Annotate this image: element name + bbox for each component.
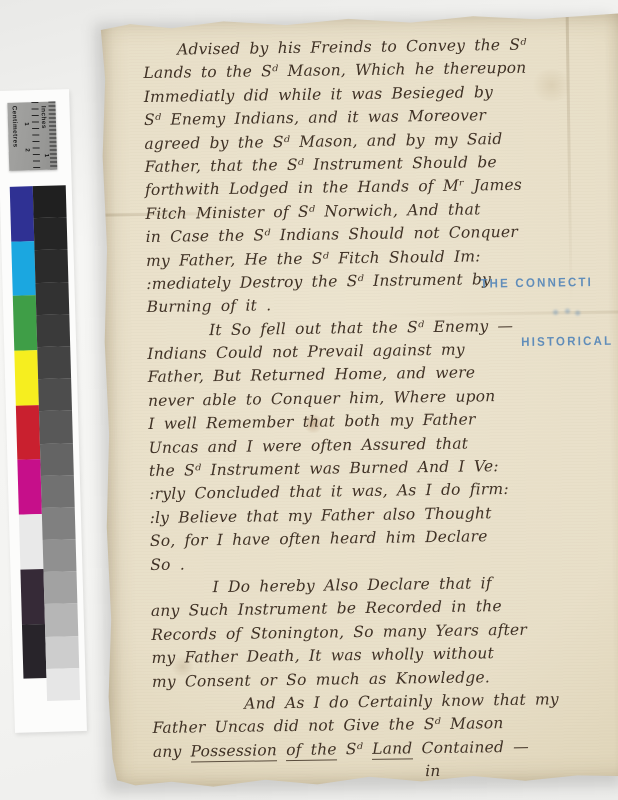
color-patch-yellow [14, 350, 39, 405]
gray-step-5 [36, 314, 70, 347]
manuscript-text-segment: :ryly Concluded that it was, As I do fir… [149, 480, 509, 503]
manuscript-text-segment: my Consent or So much as Knowledge. [152, 668, 490, 691]
manuscript-text-segment: my Father Death, It was wholly without [151, 644, 494, 667]
gray-step-1 [33, 185, 67, 218]
manuscript-text-segment: :mediately Destroy the Sᵈ Instrument by [146, 270, 491, 293]
manuscript-text-segment: I Do hereby Also Declare that if [212, 574, 491, 596]
gray-step-9 [40, 443, 74, 476]
manuscript-text-segment: I well Remember that both my Father [148, 411, 476, 434]
manuscript-text-segment: So, for I have often heard him Declare [150, 527, 488, 550]
manuscript-text-segment: Father, that the Sᵈ Instrument Should be [145, 153, 497, 176]
color-patch-black [22, 624, 47, 679]
color-patch-navy-blue [10, 186, 35, 241]
manuscript-page: Advised by his Freinds to Convey the SᵈL… [99, 10, 618, 789]
manuscript-text-segment: any [153, 742, 191, 761]
archive-stamp-line-2: HISTORICAL SOCI [521, 334, 618, 349]
manuscript-text-segment: Father Uncas did not Give the Sᵈ Mason [152, 714, 503, 737]
gray-step-4 [35, 282, 69, 315]
gray-step-10 [41, 475, 75, 508]
gray-step-3 [35, 250, 69, 283]
manuscript-text-segment: :ly Believe that my Father also Thought [149, 504, 491, 527]
ruler-inch-number-1: 1 [43, 154, 49, 158]
ruler-cm-number-2: 2 [24, 148, 30, 152]
gray-step-15 [45, 636, 79, 669]
ruler-inches-label: Inches [39, 106, 47, 129]
manuscript-text-segment: my Father, He the Sᵈ Fitch Should Im: [146, 247, 481, 270]
archive-stamp-line-1: THE CONNECTI [480, 276, 593, 291]
ruler-inch-ticks [48, 102, 57, 170]
manuscript-text-block: Advised by his Freinds to Convey the SᵈL… [143, 33, 577, 787]
stamp-faint-mark [549, 307, 583, 317]
gray-step-7 [38, 378, 72, 411]
manuscript-text-segment: Lands to the Sᵈ Mason, Which he thereupo… [143, 59, 526, 82]
gray-step-6 [37, 346, 71, 379]
manuscript-text-segment: forthwith Lodged in the Hands of Mʳ Jame… [145, 176, 522, 199]
color-patch-green [13, 296, 38, 351]
gray-step-14 [44, 604, 78, 637]
underlined-word: of the [286, 740, 337, 761]
color-patch-cyan [11, 241, 36, 296]
manuscript-text-segment: agreed by the Sᵈ Mason, and by my Said [144, 130, 502, 153]
underlined-word: Possession [190, 741, 277, 762]
color-patch-white [19, 514, 44, 569]
gray-step-12 [43, 539, 77, 572]
manuscript-text-segment: the Sᵈ Instrument was Burned And I Ve: [149, 457, 499, 480]
manuscript-text-segment: Immediatly did while it was Besieged by [144, 83, 493, 106]
ruler-scale: Inches Centimetres 1 2 1 [7, 102, 57, 171]
manuscript-text-segment: Records of Stonington, So many Years aft… [151, 621, 527, 644]
manuscript-text-segment: Father, But Returned Home, and were [148, 364, 476, 387]
ruler-centimetres-label: Centimetres [10, 106, 18, 148]
manuscript-text-segment: Sᵈ Enemy Indians, and it was Moreover [144, 106, 486, 129]
manuscript-text-segment: It So fell out that the Sᵈ Enemy — [209, 317, 513, 339]
gray-step-11 [42, 507, 76, 540]
manuscript-text-segment: Indians Could not Prevail against my [147, 341, 465, 363]
manuscript-text-segment: any Such Instrument be Recorded in the [151, 597, 502, 620]
underlined-word: in [425, 762, 441, 782]
gray-step-2 [34, 217, 68, 250]
manuscript-text-segment: never able to Conquer him, Where upon [148, 387, 496, 410]
manuscript-text-segment: Burning of it . [147, 297, 272, 317]
color-patch-red [16, 405, 41, 460]
manuscript-text-segment: So . [150, 555, 185, 573]
manuscript-text-segment: And As I do Certainly know that my [244, 690, 559, 712]
manuscript-text-segment: Uncas and I were often Assured that [149, 434, 469, 456]
gray-step-13 [44, 571, 78, 604]
manuscript-text-segment: Fitch Minister of Sᵈ Norwich, And that [145, 200, 480, 223]
color-patch-magenta [17, 460, 42, 515]
underlined-word: Land [372, 739, 413, 760]
color-patch-dark-plum [20, 569, 45, 624]
photographed-manuscript-scene: { "scene": { "background_color": "#f3f3f… [0, 0, 618, 800]
manuscript-text-segment: Sᵈ [337, 740, 373, 758]
manuscript-text-segment: Advised by his Freinds to Convey the Sᵈ [177, 36, 527, 59]
gray-step-8 [39, 410, 73, 443]
ruler-cm-number-1: 1 [23, 122, 29, 126]
manuscript-text-segment: in Case the Sᵈ Indians Should not Conque… [146, 223, 518, 246]
gray-step-16 [46, 668, 80, 701]
manuscript-text-segment: Contained — [412, 737, 529, 757]
calibration-card: Inches Centimetres 1 2 1 [0, 89, 87, 733]
